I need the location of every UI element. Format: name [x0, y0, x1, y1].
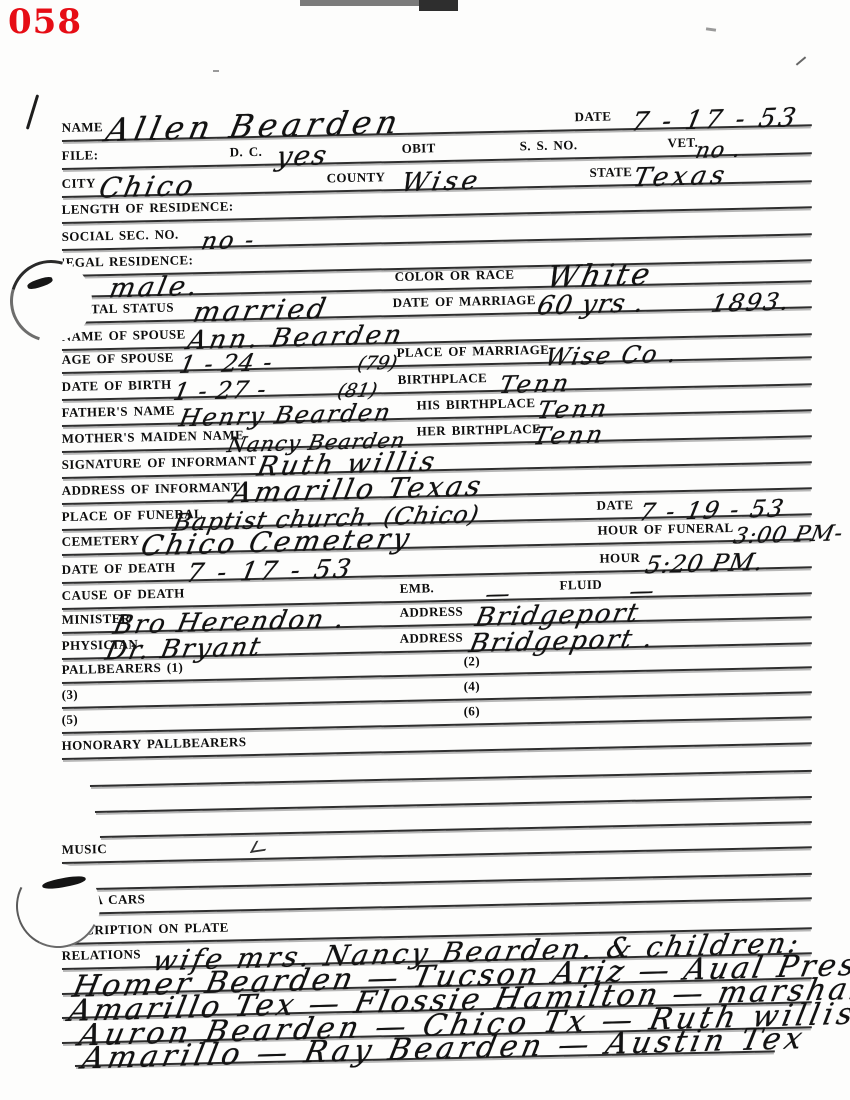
label-obit-label: OBIT [401, 140, 435, 157]
label-emb-label: EMB. [399, 580, 434, 597]
scanned-funeral-record: 058 NAMEAllen BeardenDATE7 - 17 - 53FILE… [0, 0, 850, 1100]
label-dc-label: D. C. [230, 144, 263, 161]
label-fluid-label: FLUID [559, 577, 602, 594]
label-cause_of_death-label: CAUSE OF DEATH [62, 585, 185, 604]
label-name-label: NAME [62, 119, 104, 136]
label-physician_address-label: ADDRESS [399, 630, 463, 647]
label-mothers_maiden_name-label: MOTHER'S MAIDEN NAME [62, 427, 245, 447]
scan-speck [213, 70, 219, 72]
label-his_birthplace-label: HIS BIRTHPLACE [416, 395, 535, 413]
label-pallbearers-p1: PALLBEARERS (1) [62, 659, 184, 678]
label-social_sec_no-label: SOCIAL SEC. NO. [62, 227, 179, 245]
label-city-label: CITY [62, 175, 96, 192]
label-pallbearers-p4: (4) [463, 678, 480, 694]
label-length_of_residence-label: LENGTH OF RESIDENCE: [62, 198, 234, 218]
label-date-label: DATE [574, 108, 611, 125]
label-minister_address-label: ADDRESS [399, 604, 463, 621]
ink-smudge [250, 839, 272, 853]
label-date_of_birth-label: DATE OF BIRTH [62, 377, 172, 395]
label-sections-music: MUSIC [62, 841, 108, 858]
label-signature_of_informant-label: SIGNATURE OF INFORMANT [62, 453, 257, 473]
scan-speck [796, 56, 806, 65]
label-funeral_date-label: DATE [596, 497, 633, 514]
label-pallbearers-p3: (3) [62, 687, 79, 703]
label-sections-relations: RELATIONS [62, 946, 142, 964]
label-date_of_death-label: DATE OF DEATH [62, 560, 176, 578]
label-death_hour-label: HOUR [599, 550, 640, 567]
label-her_birthplace-label: HER BIRTHPLACE [416, 421, 541, 440]
label-pallbearers-p2: (2) [463, 653, 480, 669]
label-pallbearers-p6: (6) [463, 703, 480, 719]
label-date_of_marriage-label: DATE OF MARRIAGE [392, 292, 536, 311]
label-fathers_name-label: FATHER'S NAME [62, 403, 176, 421]
label-state-label: STATE [589, 164, 632, 181]
label-cemetery-label: CEMETERY [62, 532, 140, 550]
label-pallbearers-honorary: HONORARY PALLBEARERS [62, 734, 247, 754]
label-birthplace-label: BIRTHPLACE [397, 370, 487, 388]
label-file-label: FILE: [62, 147, 99, 164]
document-number: 058 [8, 2, 82, 42]
label-county-label: COUNTY [326, 169, 385, 186]
label-age_of_spouse-label: AGE OF SPOUSE [62, 350, 174, 368]
label-hour_of_funeral-label: HOUR OF FUNERAL [597, 520, 733, 539]
label-color_or_race-label: COLOR OR RACE [394, 267, 514, 286]
scan-artifact-bar-dark [419, 0, 458, 11]
label-vet-label: VET. [667, 135, 698, 152]
scan-speck [706, 27, 716, 31]
label-place_of_marriage-label: PLACE OF MARRIAGE [396, 342, 549, 361]
scan-artifact-bar [300, 0, 420, 6]
label-pallbearers-p5: (5) [62, 712, 79, 728]
pen-checkmark-slash [26, 94, 39, 129]
label-ssn-label: S. S. NO. [519, 137, 577, 154]
label-address_of_informant-label: ADDRESS OF INFORMANT [62, 479, 241, 499]
